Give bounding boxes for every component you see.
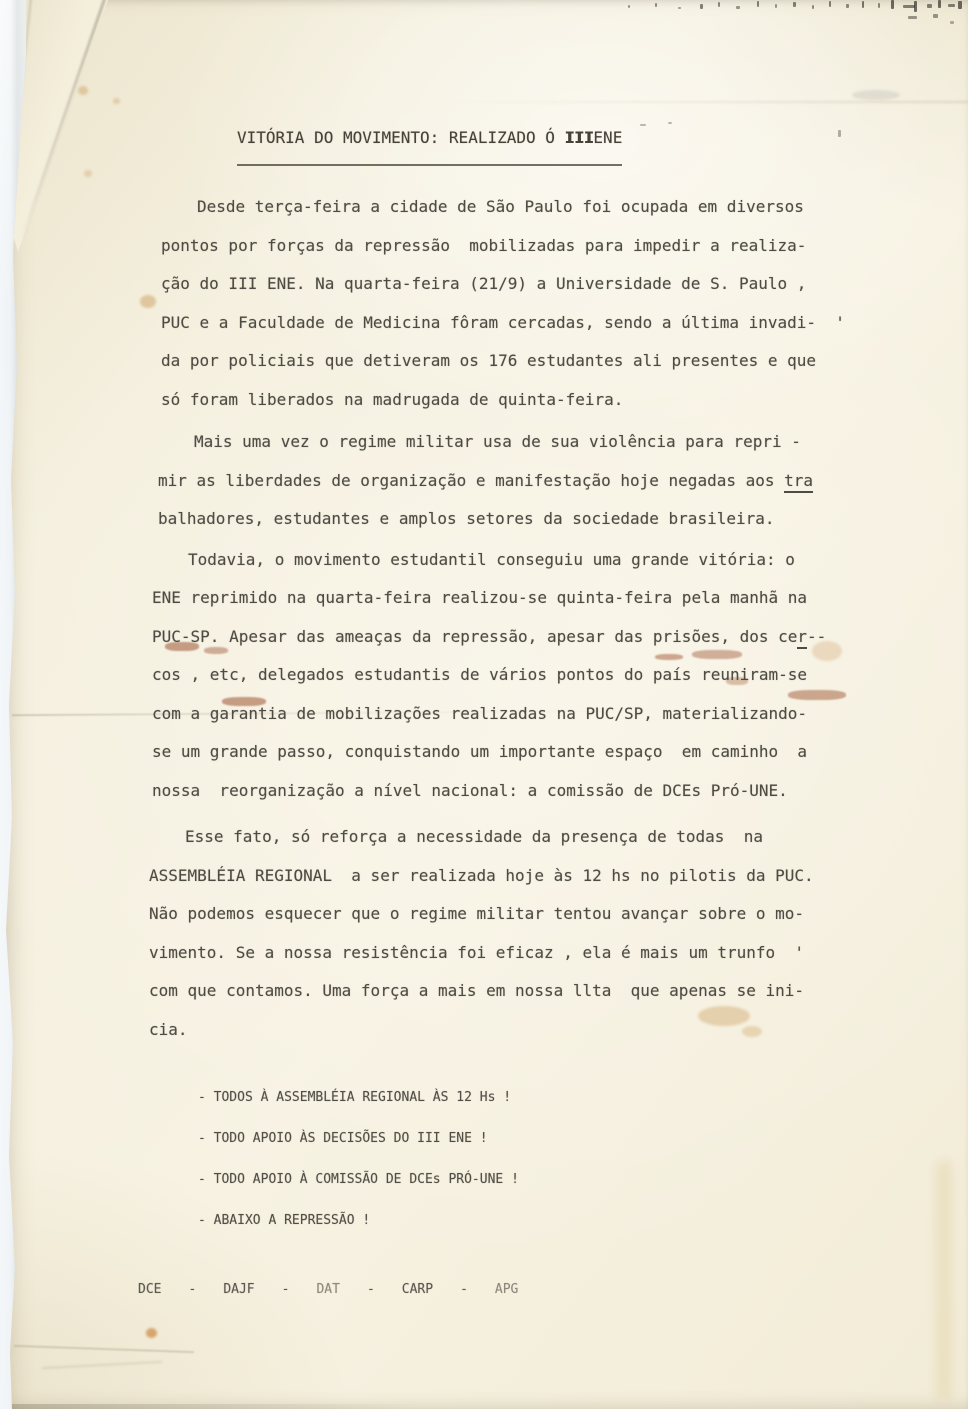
scan-speck [812, 5, 814, 9]
text-segment: PUC-SP. Apesar das ameaças da repressão,… [152, 627, 797, 646]
text-line: só foram liberados na madrugada de quint… [161, 381, 876, 420]
text-line: ENE reprimido na quarta-feira realizou-s… [152, 579, 876, 618]
scan-speck [775, 4, 777, 8]
stain [936, 1160, 952, 1400]
scan-speck [891, 0, 894, 9]
page-title: VITÓRIA DO MOVIMENTO: REALIZADO Ó IIIENE [156, 118, 876, 166]
slogan-list: - TODOS À ASSEMBLÉIA REGIONAL ÀS 12 Hs !… [198, 1077, 876, 1241]
stain [113, 98, 120, 104]
title-prefix: VITÓRIA DO MOVIMENTO: REALIZADO Ó [237, 128, 565, 147]
text-line: com que contamos. Uma força a mais em no… [149, 972, 876, 1011]
scan-speck [948, 4, 955, 7]
slogan-line: - TODO APOIO ÀS DECISÕES DO III ENE ! [198, 1118, 876, 1159]
text-line: PUC e a Faculdade de Medicina fôram cerc… [161, 304, 876, 343]
scan-speck [628, 5, 630, 8]
stain [84, 170, 92, 177]
scan-speck [736, 6, 740, 9]
separator: - [367, 1281, 375, 1299]
scan-speck [950, 21, 954, 24]
text-line: cos , etc, delegados estudantis de vário… [152, 656, 876, 695]
bottom-crease [14, 1345, 194, 1353]
scan-speck [718, 2, 720, 7]
scan-speck [862, 1, 864, 8]
org-name: DAJF [223, 1281, 254, 1299]
scan-speck [829, 1, 831, 7]
text-line: nossa reorganização a nível nacional: a … [152, 772, 876, 811]
stain [140, 295, 156, 308]
scan-speck [655, 3, 657, 7]
footer-orgs: DCE - DAJF - DAT - CARP - APG [138, 1281, 876, 1299]
text-line: Desde terça-feira a cidade de São Paulo … [161, 188, 876, 227]
typewritten-text: VITÓRIA DO MOVIMENTO: REALIZADO Ó IIIENE… [156, 118, 876, 1299]
org-name: APG [495, 1281, 518, 1299]
scan-speck [908, 16, 917, 19]
text-line: Todavia, o movimento estudantil consegui… [152, 541, 876, 580]
text-line: Não podemos esquecer que o regime milita… [149, 895, 876, 934]
paper-edge-shadow [0, 1404, 420, 1409]
text-line: vimento. Se a nossa resistência foi efic… [149, 934, 876, 973]
scan-speck [757, 1, 759, 7]
scan-speck [846, 4, 849, 8]
org-name: DAT [316, 1281, 339, 1299]
paragraph-1: Desde terça-feira a cidade de São Paulo … [161, 188, 876, 419]
stain [852, 90, 900, 100]
title-suffix: ENE [593, 128, 622, 147]
text-line: cia. [149, 1011, 876, 1050]
scan-speck [878, 3, 880, 8]
org-name: DCE [138, 1281, 161, 1299]
slogan-line: - TODO APOIO À COMISSÃO DE DCEs PRÓ-UNE … [198, 1159, 876, 1200]
text-line: balhadores, estudantes e amplos setores … [158, 500, 876, 539]
separator: - [188, 1281, 196, 1299]
org-name: CARP [402, 1281, 433, 1299]
bottom-crease [42, 1361, 162, 1369]
slogan-line: - TODOS À ASSEMBLÉIA REGIONAL ÀS 12 Hs ! [198, 1077, 876, 1118]
text-line: PUC-SP. Apesar das ameaças da repressão,… [152, 618, 876, 657]
text-line: Esse fato, só reforça a necessidade da p… [149, 818, 876, 857]
title-text: VITÓRIA DO MOVIMENTO: REALIZADO Ó IIIENE [237, 118, 622, 166]
scan-speck [938, 0, 941, 8]
text-line: mir as liberdades de organização e manif… [158, 462, 876, 501]
text-segment: mir as liberdades de organização e manif… [158, 471, 784, 490]
scan-speck [700, 4, 703, 9]
text-line: Mais uma vez o regime militar usa de sua… [158, 423, 876, 462]
scanned-document: VITÓRIA DO MOVIMENTO: REALIZADO Ó IIIENE… [0, 0, 968, 1409]
paragraph-3: Todavia, o movimento estudantil consegui… [152, 541, 876, 811]
separator: - [460, 1281, 468, 1299]
separator: - [282, 1281, 290, 1299]
slogan-line: - ABAIXO A REPRESSÃO ! [198, 1200, 876, 1241]
paragraph-2: Mais uma vez o regime militar usa de sua… [158, 423, 876, 539]
paper-sheet: VITÓRIA DO MOVIMENTO: REALIZADO Ó IIIENE… [0, 0, 968, 1409]
faint-crease [420, 101, 968, 103]
underlined-text: tra [784, 471, 813, 493]
text-line: da por policiais que detiveram os 176 es… [161, 342, 876, 381]
text-line: ção do III ENE. Na quarta-feira (21/9) a… [161, 265, 876, 304]
text-line: se um grande passo, conquistando um impo… [152, 733, 876, 772]
text-line: ASSEMBLÉIA REGIONAL a ser realizada hoje… [149, 857, 876, 896]
text-line: pontos por forças da repressão mobilizad… [161, 227, 876, 266]
scan-speck [933, 14, 938, 18]
text-line: com a garantia de mobilizações realizada… [152, 695, 876, 734]
underlined-text: r [797, 627, 807, 649]
paragraph-4: Esse fato, só reforça a necessidade da p… [149, 818, 876, 1049]
scan-speck [793, 2, 796, 7]
scan-speck [958, 1, 962, 9]
title-emphasis: III [565, 128, 594, 147]
corner-fold [0, 0, 130, 270]
stain [146, 1328, 157, 1338]
scan-speck [914, 1, 917, 12]
scan-speck [678, 7, 681, 9]
scan-speck [927, 4, 932, 8]
scan-speck [2, 1146, 6, 1152]
text-segment: -- [807, 627, 826, 646]
stain [78, 86, 88, 95]
